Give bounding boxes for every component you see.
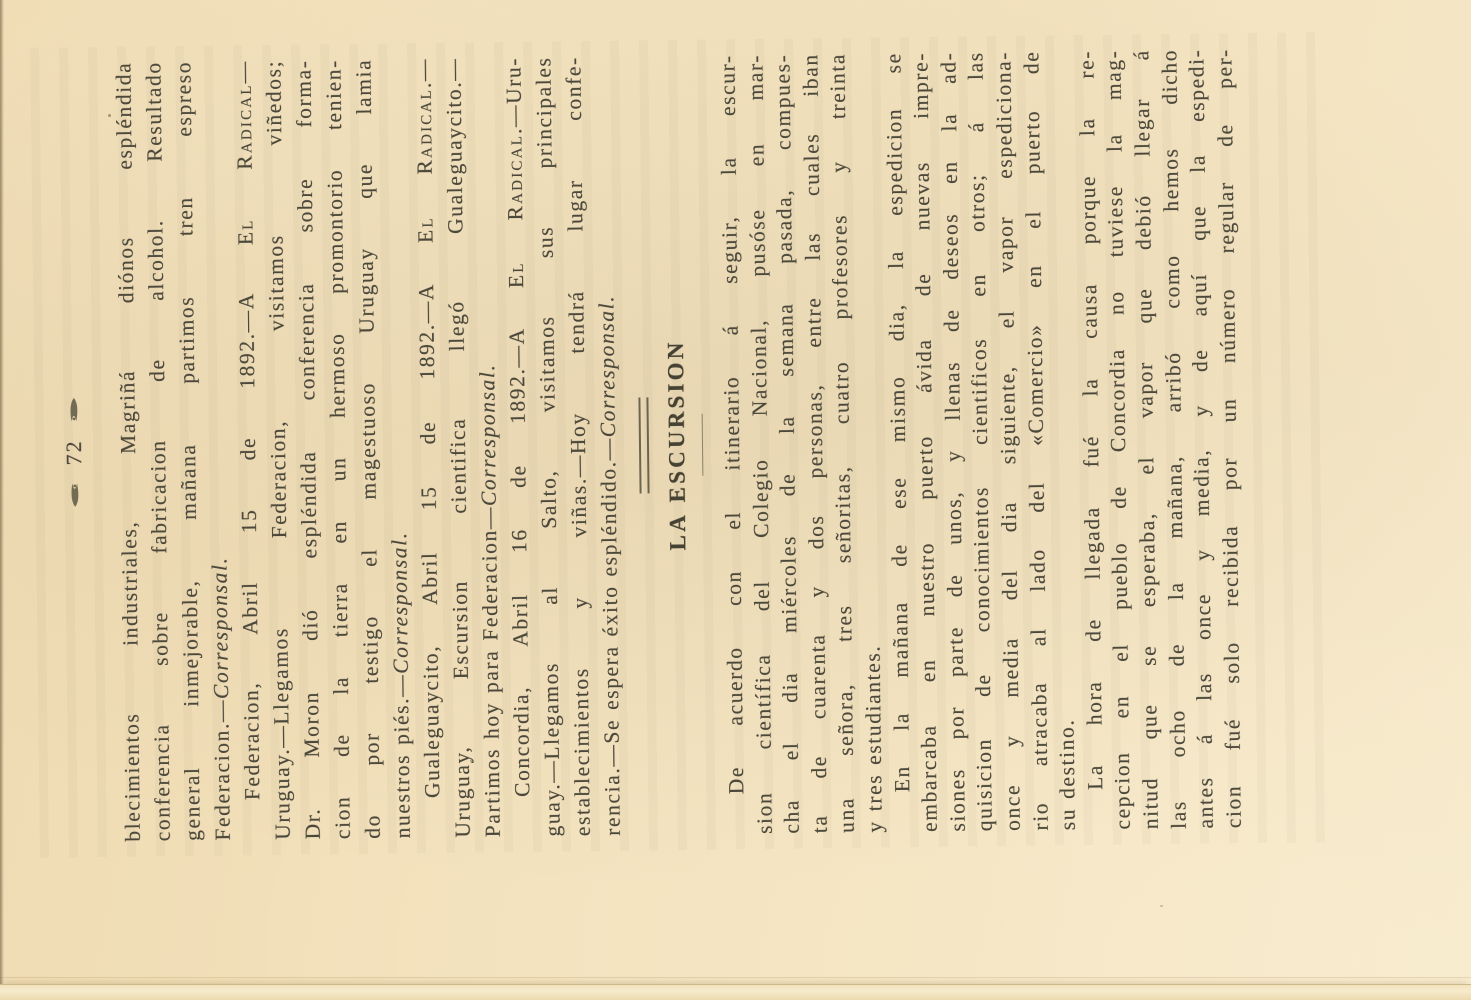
page-content: 72 blecimientos industriales, Magriñá di… xyxy=(30,33,1248,858)
italic-text: Corresponsal. xyxy=(387,531,413,674)
paragraph: Gualeguaycito, Abril 15 de 1892.—A El Ra… xyxy=(408,57,508,838)
page-number: 72 xyxy=(61,439,87,465)
paper-speck xyxy=(108,114,111,117)
smallcaps-text: El Radical xyxy=(412,88,438,243)
fleuron-ornament-icon xyxy=(67,396,80,423)
rotated-page: 72 blecimientos industriales, Magriñá di… xyxy=(30,32,1330,858)
paragraph: Federacion, Abril 15 de 1892.—A El Radic… xyxy=(228,58,418,840)
page-text-body: blecimientos industriales, Magriñá dióno… xyxy=(108,48,1248,842)
smallcaps-text: El Radical xyxy=(232,83,258,245)
italic-text: Corresponsal. xyxy=(475,364,501,507)
paragraph: Concordia, Abril 16 de 1892.—A El Radica… xyxy=(498,56,628,837)
paragraph: blecimientos industriales, Magriñá dióno… xyxy=(108,60,238,841)
section-heading-block: LA ESCURSION xyxy=(634,55,708,836)
page-gutter-edge xyxy=(0,0,4,1000)
paragraph: En la mañana de ese mismo dia, la espedi… xyxy=(880,50,1083,832)
fleuron-ornament-icon xyxy=(68,481,81,508)
paper-speck xyxy=(1160,905,1163,907)
smallcaps-text: El Radical xyxy=(502,134,528,288)
thin-rule-divider xyxy=(702,414,704,476)
section-heading: LA ESCURSION xyxy=(659,55,695,835)
italic-text: Corresponsal. xyxy=(594,295,620,438)
scanned-book-page: 72 blecimientos industriales, Magriñá di… xyxy=(0,0,1471,1000)
page-bottom-edge xyxy=(0,984,1471,1000)
paper-speck xyxy=(470,760,472,762)
paragraph: De acuerdo con el itinerario á seguir, l… xyxy=(714,53,889,835)
italic-text: Corresponsal. xyxy=(207,556,233,699)
paragraph: La hora de llegada fué la causa porque l… xyxy=(1073,48,1248,830)
double-rule-divider xyxy=(638,397,649,493)
page-header: 72 xyxy=(56,62,92,842)
